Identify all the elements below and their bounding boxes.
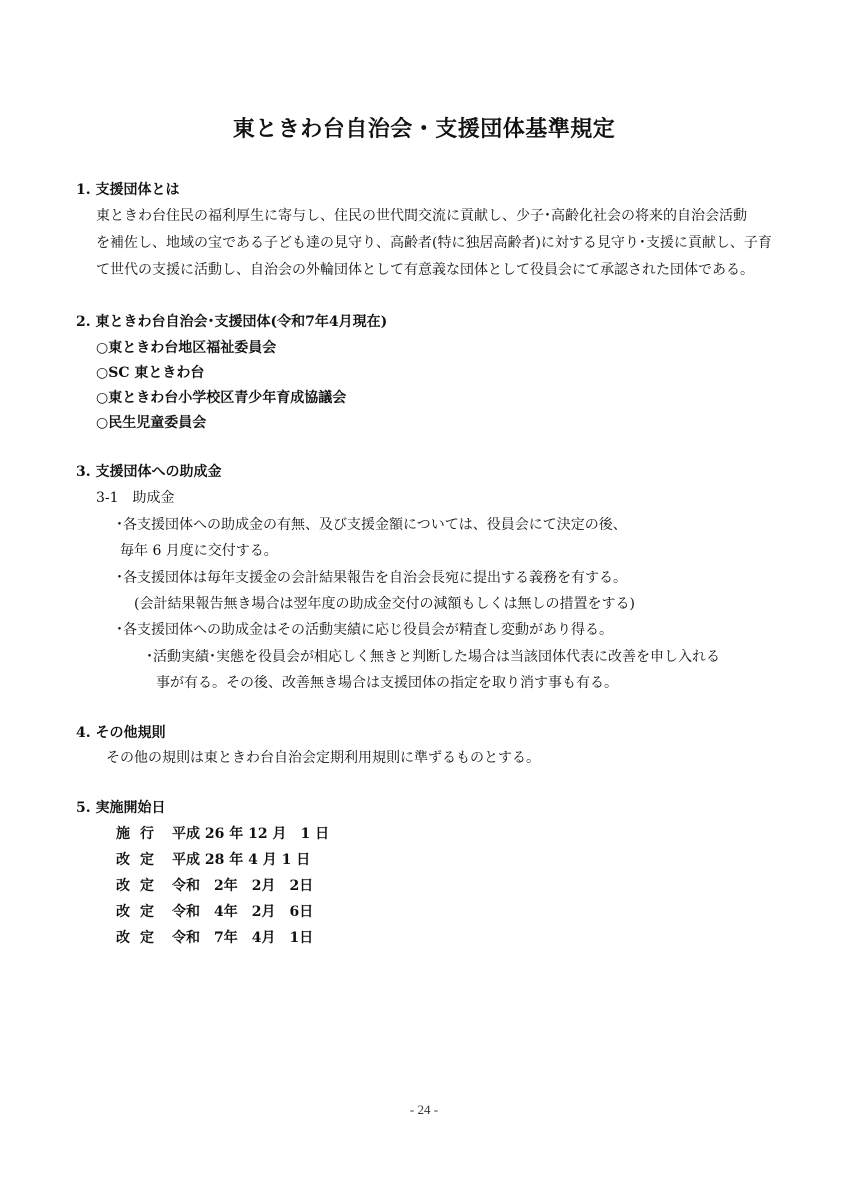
subsidy-item: ･各支援団体への助成金はその活動実績に応じ役員会が精査し変動があり得る。 [116, 620, 613, 640]
schedule-date: 令和 4年 2月 6日 [172, 904, 313, 920]
organization-item: ○東ときわ台小学校区青少年育成協議会 [96, 388, 346, 408]
subsidy-item: ･活動実績･実態を役員会が相応しく無きと判断した場合は当該団体代表に改善を申し入… [146, 647, 720, 667]
section-3-heading: 3. 支援団体への助成金 [76, 462, 222, 482]
schedule-row: 改定令和 4年 2月 6日 [116, 902, 313, 922]
section-2-heading: 2. 東ときわ台自治会･支援団体(令和7年4月現在) [76, 312, 387, 332]
subsidy-item: ･各支援団体への助成金の有無、及び支援金額については、役員会にて決定の後、 [116, 515, 627, 535]
schedule-type: 改定 [116, 876, 172, 896]
schedule-row: 改定平成 28 年 4 月 1 日 [116, 850, 310, 870]
section-1-paragraph-line: 東ときわ台住民の福利厚生に寄与し、住民の世代間交流に貢献し、少子･高齢化社会の将… [96, 206, 747, 226]
page-number: - 24 - [0, 1102, 848, 1118]
schedule-row: 施行平成 26 年 12 月 1 日 [116, 824, 329, 844]
section-4-heading: 4. その他規則 [76, 723, 166, 743]
organization-item: ○東ときわ台地区福祉委員会 [96, 338, 276, 358]
schedule-date: 令和 2年 2月 2日 [172, 878, 313, 894]
document-title: 東ときわ台自治会・支援団体基準規定 [0, 112, 848, 143]
schedule-row: 改定令和 2年 2月 2日 [116, 876, 313, 896]
section-3-subheading: 3-1 助成金 [96, 488, 175, 508]
schedule-date: 令和 7年 4月 1日 [172, 930, 313, 946]
schedule-date: 平成 28 年 4 月 1 日 [172, 852, 310, 868]
document-page: 東ときわ台自治会・支援団体基準規定 1. 支援団体とは 東ときわ台住民の福利厚生… [0, 0, 848, 1200]
section-5-heading: 5. 実施開始日 [76, 798, 166, 818]
section-1-paragraph-line: て世代の支援に活動し、自治会の外輪団体として有意義な団体として役員会にて承認され… [96, 260, 754, 280]
section-1-heading: 1. 支援団体とは [76, 180, 180, 200]
schedule-date: 平成 26 年 12 月 1 日 [172, 826, 329, 842]
subsidy-item: ･各支援団体は毎年支援金の会計結果報告を自治会長宛に提出する義務を有する。 [116, 568, 627, 588]
schedule-row: 改定令和 7年 4月 1日 [116, 928, 313, 948]
subsidy-item: 事が有る。その後、改善無き場合は支援団体の指定を取り消す事も有る。 [156, 673, 618, 693]
organization-item: ○SC 東ときわ台 [96, 363, 204, 383]
organization-item: ○民生児童委員会 [96, 413, 206, 433]
subsidy-item: 毎年 6 月度に交付する。 [120, 541, 278, 561]
schedule-type: 施行 [116, 824, 172, 844]
schedule-type: 改定 [116, 928, 172, 948]
schedule-type: 改定 [116, 902, 172, 922]
schedule-type: 改定 [116, 850, 172, 870]
section-4-text: その他の規則は東ときわ台自治会定期利用規則に準ずるものとする。 [106, 748, 540, 768]
section-1-paragraph-line: を補佐し、地域の宝である子ども達の見守り、高齢者(特に独居高齢者)に対する見守り… [96, 233, 772, 253]
subsidy-item: (会計結果報告無き場合は翌年度の助成金交付の減額もしくは無しの措置をする) [134, 594, 635, 614]
